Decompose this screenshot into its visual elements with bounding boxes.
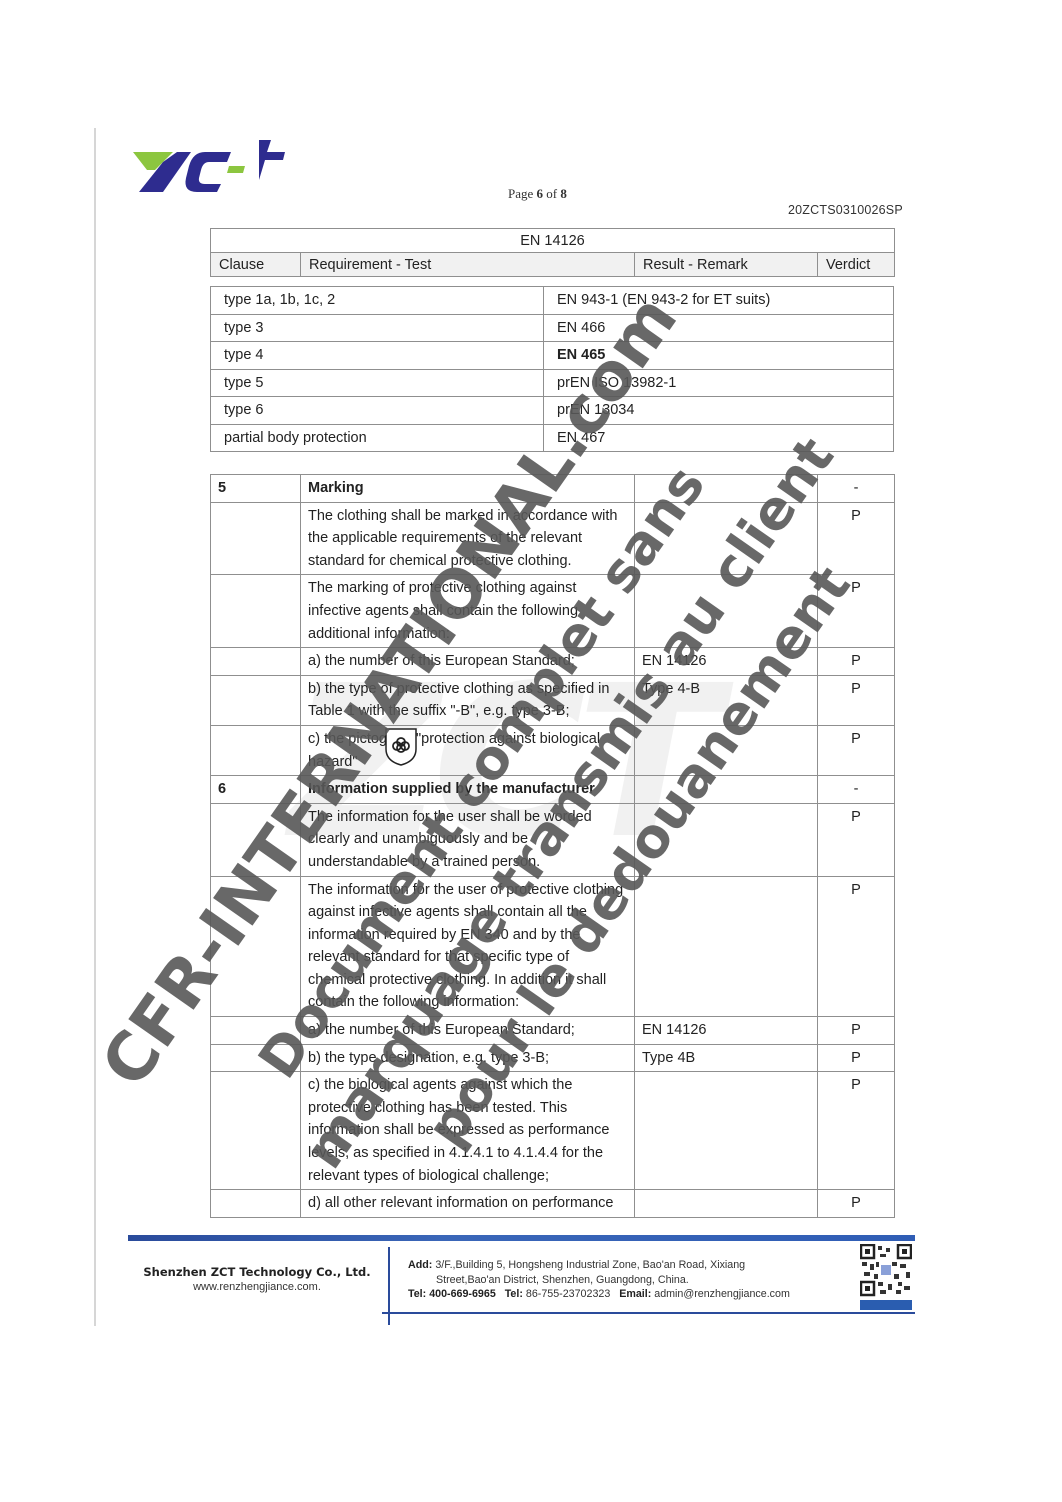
footer-accent-bar <box>128 1235 915 1241</box>
address-label: Add: <box>408 1259 432 1271</box>
report-id: 20ZCTS0310026SP <box>788 203 903 217</box>
type-cell: type 5 <box>211 369 544 397</box>
clause-number <box>211 1190 301 1218</box>
verdict-cell: P <box>818 803 895 876</box>
standard-title: EN 14126 <box>211 229 895 253</box>
type-cell: type 3 <box>211 314 544 342</box>
footer-company: Shenzhen ZCT Technology Co., Ltd. www.re… <box>132 1265 382 1293</box>
result-cell <box>635 1190 818 1218</box>
tel-1: 400-669-6965 <box>429 1288 496 1300</box>
type-cell: type 1a, 1b, 1c, 2 <box>211 287 544 315</box>
table-row: d) all other relevant information on per… <box>211 1190 895 1218</box>
clause-number <box>211 648 301 676</box>
page-label: Page <box>508 186 533 201</box>
clause-number <box>211 1072 301 1190</box>
page-of: of <box>546 186 557 201</box>
tel-label-2: Tel: <box>505 1288 523 1300</box>
col-requirement: Requirement - Test <box>301 253 635 277</box>
result-cell: Type 4B <box>635 1044 818 1072</box>
types-row: type 1a, 1b, 1c, 2EN 943-1 (EN 943-2 for… <box>211 287 894 315</box>
verdict-cell: P <box>818 1072 895 1190</box>
col-clause: Clause <box>211 253 301 277</box>
verdict-cell: P <box>818 1190 895 1218</box>
clause-number <box>211 675 301 725</box>
result-cell: EN 14126 <box>635 1017 818 1045</box>
page-current: 6 <box>537 186 544 201</box>
verdict-cell: P <box>818 675 895 725</box>
requirement-cell: d) all other relevant information on per… <box>301 1190 635 1218</box>
col-result: Result - Remark <box>635 253 818 277</box>
requirement-cell: a) the number of this European Standard; <box>301 1017 635 1045</box>
verdict-cell: P <box>818 502 895 575</box>
page-total: 8 <box>560 186 567 201</box>
address-line-1: 3/F.,Building 5, Hongsheng Industrial Zo… <box>435 1259 745 1271</box>
address-line-2: Street,Bao'an District, Shenzhen, Guangd… <box>408 1273 790 1288</box>
standard-header-table: EN 14126 Clause Requirement - Test Resul… <box>210 228 895 277</box>
verdict-cell: P <box>818 1044 895 1072</box>
email[interactable]: admin@renzhengjiance.com <box>654 1288 790 1300</box>
verdict-cell: P <box>818 1017 895 1045</box>
tel-2: 86-755-23702323 <box>526 1288 610 1300</box>
types-row: type 4EN 465 <box>211 342 894 370</box>
verdict-cell: P <box>818 725 895 775</box>
company-website[interactable]: www.renzhengjiance.com. <box>132 1281 382 1293</box>
page-left-border <box>94 128 96 1326</box>
email-label: Email: <box>619 1288 651 1300</box>
page-number: Page 6 of 8 <box>508 186 567 202</box>
company-name: Shenzhen ZCT Technology Co., Ltd. <box>132 1265 382 1279</box>
type-cell: partial body protection <box>211 424 544 452</box>
verdict-cell: P <box>818 648 895 676</box>
types-row: type 3EN 466 <box>211 314 894 342</box>
tel-label: Tel: <box>408 1288 426 1300</box>
footer-divider-horizontal <box>382 1312 915 1314</box>
qr-code-icon <box>860 1244 912 1312</box>
verdict-cell: P <box>818 876 895 1017</box>
verdict-cell: - <box>818 776 895 804</box>
standard-cell: EN 943-1 (EN 943-2 for ET suits) <box>544 287 894 315</box>
zct-logo <box>133 140 285 196</box>
footer-address: Add: 3/F.,Building 5, Hongsheng Industri… <box>408 1258 790 1302</box>
clause-number <box>211 575 301 648</box>
clause-number: 5 <box>211 475 301 503</box>
type-cell: type 4 <box>211 342 544 370</box>
type-cell: type 6 <box>211 397 544 425</box>
col-verdict: Verdict <box>818 253 895 277</box>
clause-number <box>211 502 301 575</box>
result-cell <box>635 1072 818 1190</box>
result-cell <box>635 876 818 1017</box>
